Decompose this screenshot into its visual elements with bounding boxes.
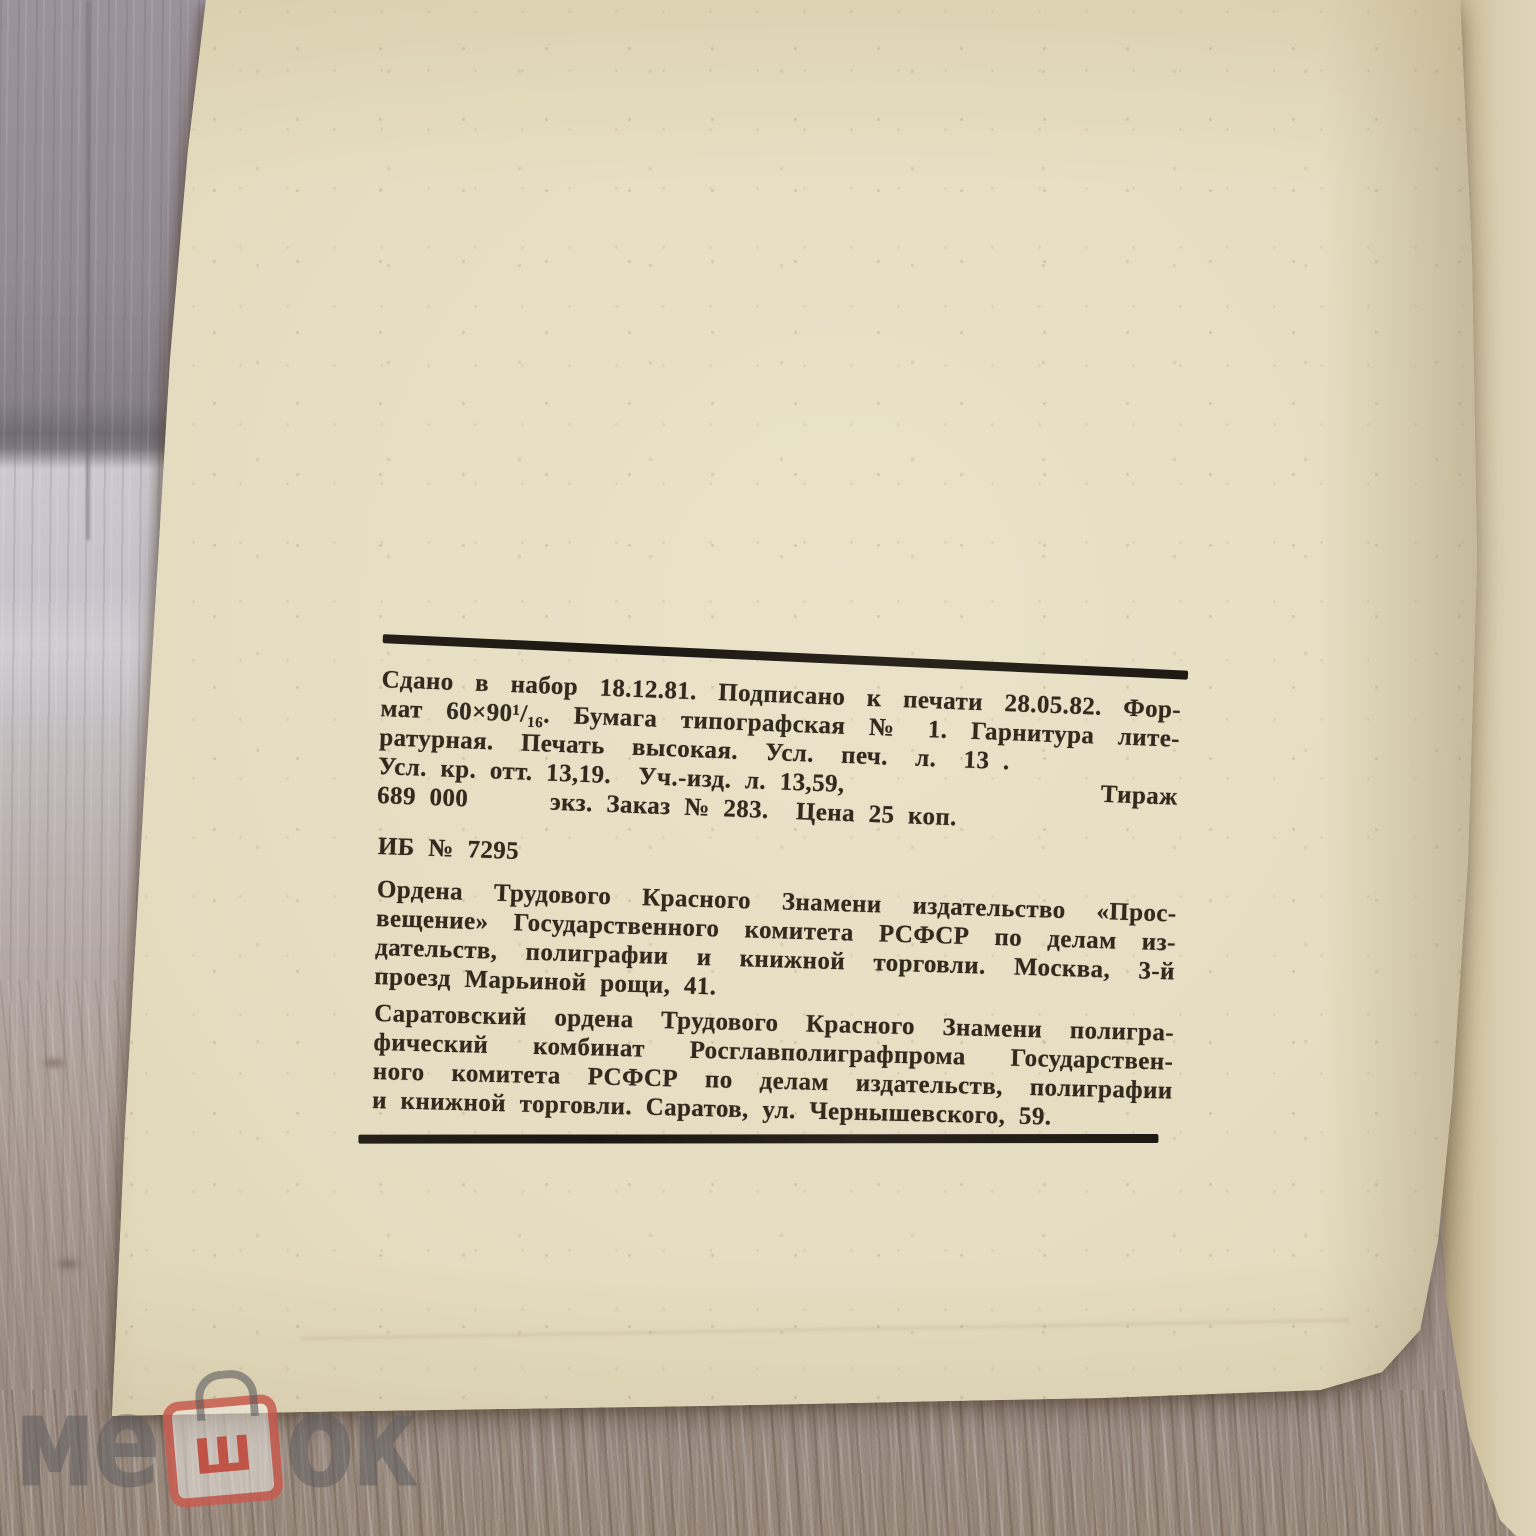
watermark-text-right: ок	[286, 1378, 417, 1506]
meshok-bag-icon: ш	[161, 1393, 284, 1509]
colophon-block: Сдано в набор 18.12.81. Подписано к печа…	[366, 630, 1194, 1162]
imprint-line-right: Тираж	[1100, 780, 1178, 812]
print-info-paragraph: Сдано в набор 18.12.81. Подписано к печа…	[377, 665, 1182, 841]
bag-letter: ш	[190, 1416, 255, 1485]
meshok-watermark: ме ш ок	[14, 1398, 416, 1506]
watermark-text-left: ме	[14, 1378, 158, 1506]
publisher-paragraph: Ордена Трудового Красного Знамени издате…	[374, 875, 1177, 1015]
photo-of-book-colophon: Сдано в набор 18.12.81. Подписано к печа…	[0, 0, 1536, 1536]
printing-house-paragraph: Саратовский ордена Трудового Красного Зн…	[372, 999, 1175, 1135]
bottom-rule	[358, 1134, 1158, 1144]
